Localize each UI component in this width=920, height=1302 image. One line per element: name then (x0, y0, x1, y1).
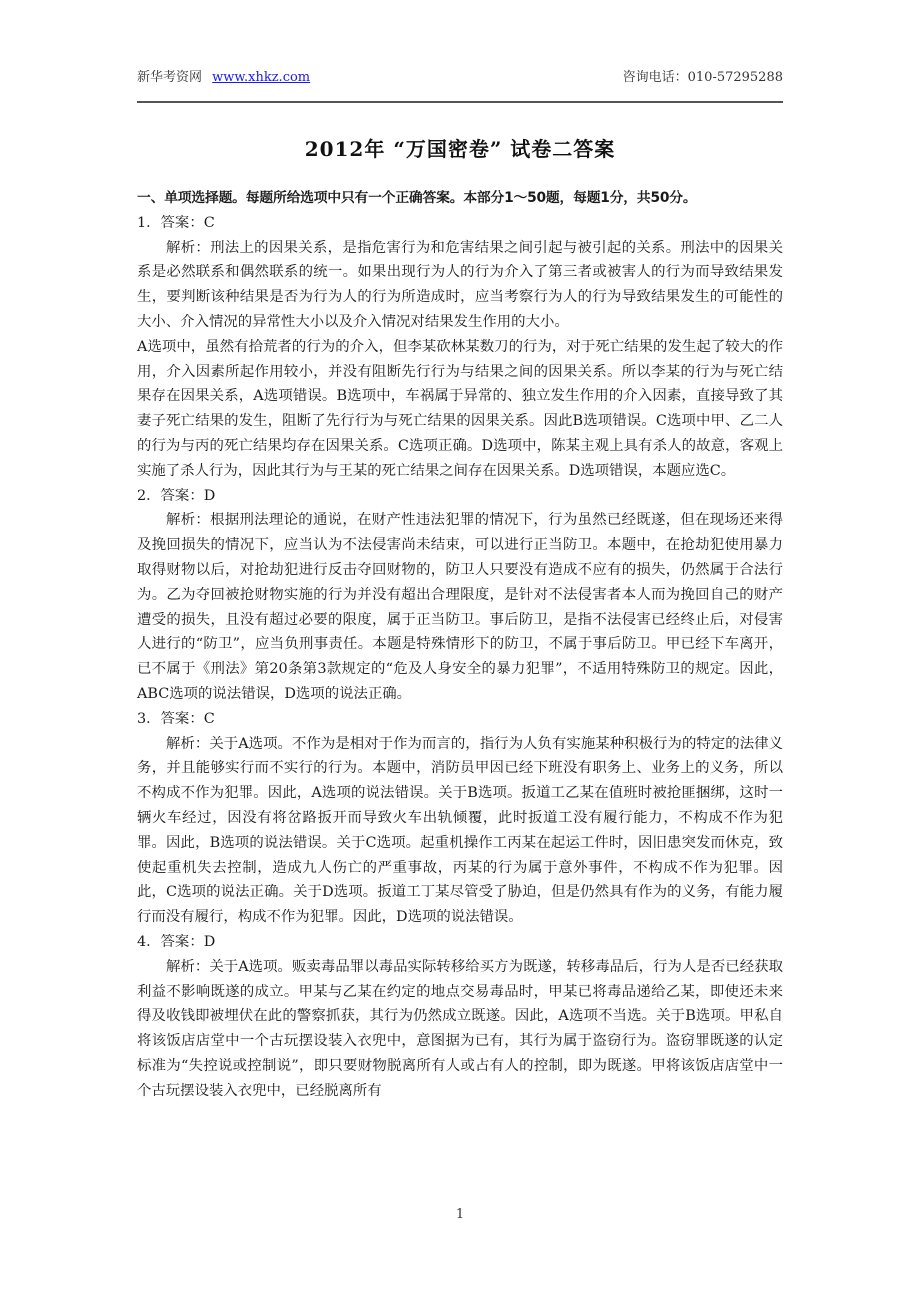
site-link[interactable]: www.xhkz.com (212, 70, 310, 85)
question-block: 4．答案：D 解析：关于A选项。贩卖毒品罪以毒品实际转移给买方为既遂，转移毒品后… (137, 930, 783, 1104)
analysis-paragraph: A选项中，虽然有拾荒者的行为的介入，但李某砍林某数刀的行为，对于死亡结果的发生起… (137, 335, 783, 484)
analysis-paragraph: 解析：根据刑法理论的通说，在财产性违法犯罪的情况下，行为虽然已经既遂，但在现场还… (137, 508, 783, 706)
analysis-paragraph: 解析：关于A选项。不作为是相对于作为而言的，指行为人负有实施某种积极行为的特定的… (137, 732, 783, 930)
section-heading: 一、单项选择题。每题所给选项中只有一个正确答案。本部分1～50题，每题1分，共5… (137, 186, 783, 211)
document-body: 一、单项选择题。每题所给选项中只有一个正确答案。本部分1～50题，每题1分，共5… (137, 186, 783, 1103)
question-block: 3．答案：C 解析：关于A选项。不作为是相对于作为而言的，指行为人负有实施某种积… (137, 707, 783, 930)
answer-line: 2．答案：D (137, 484, 783, 509)
analysis-paragraph: 解析：关于A选项。贩卖毒品罪以毒品实际转移给买方为既遂，转移毒品后，行为人是否已… (137, 955, 783, 1104)
answer-line: 4．答案：D (137, 930, 783, 955)
question-block: 2．答案：D 解析：根据刑法理论的通说，在财产性违法犯罪的情况下，行为虽然已经既… (137, 484, 783, 707)
header-left: 新华考资网 www.xhkz.com (137, 66, 310, 85)
question-block: 1．答案：C 解析：刑法上的因果关系，是指危害行为和危害结果之间引起与被引起的关… (137, 211, 783, 484)
document-page: 新华考资网 www.xhkz.com 咨询电话：010-57295288 201… (0, 0, 920, 1302)
answer-line: 3．答案：C (137, 707, 783, 732)
page-number: 1 (0, 1207, 920, 1222)
header-divider (137, 101, 783, 103)
analysis-paragraph: 解析：刑法上的因果关系，是指危害行为和危害结果之间引起与被引起的关系。刑法中的因… (137, 236, 783, 335)
contact-phone: 咨询电话：010-57295288 (623, 66, 783, 85)
document-title: 2012年 “万国密卷” 试卷二答案 (0, 133, 920, 162)
answer-line: 1．答案：C (137, 211, 783, 236)
site-name: 新华考资网 (137, 70, 202, 85)
page-header: 新华考资网 www.xhkz.com 咨询电话：010-57295288 (137, 64, 783, 86)
